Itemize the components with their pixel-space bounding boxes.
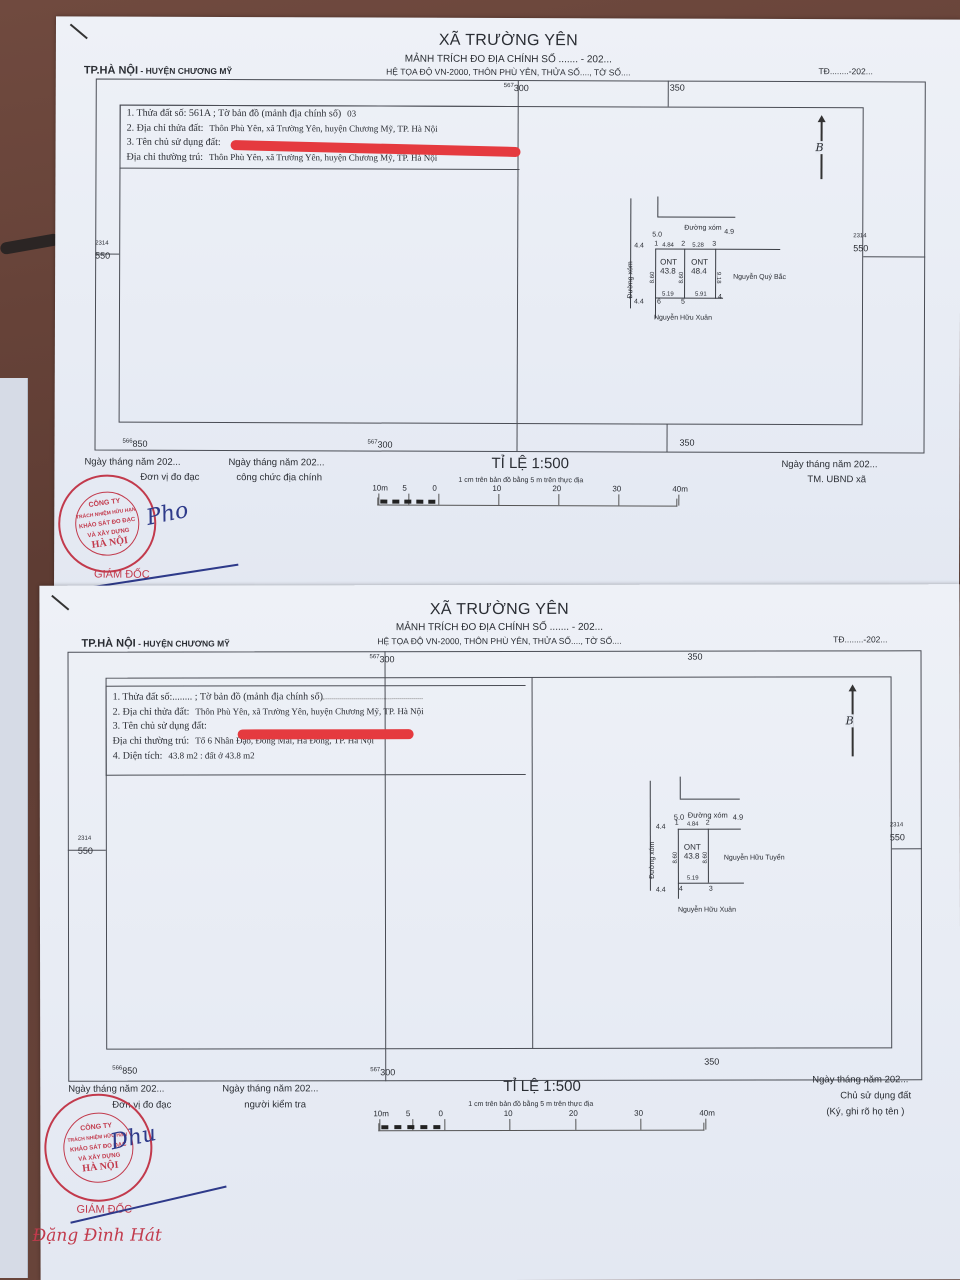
province-header: TP.HÀ NỘI - HUYỆN CHƯƠNG MỸ [81, 637, 229, 649]
committee-date: Ngày tháng năm 202... [781, 459, 877, 470]
grid-label-bottom-350: 350 [680, 438, 695, 448]
info-parcel-address: 2. Địa chỉ thửa đất:Thôn Phù Yên, xã Trư… [107, 704, 526, 720]
land-survey-sheet-2: XÃ TRƯỜNG YÊN MẢNH TRÍCH ĐO ĐỊA CHÍNH SỐ… [39, 584, 960, 1280]
grid-line-550-right [863, 256, 925, 257]
surveyor-date: Ngày tháng năm 202... [84, 457, 180, 468]
underlying-paper [0, 378, 28, 1278]
parcel-diagram: Đường xóm 5.0 4.9 4.4 4.4 1 2 3 4 5 6 4.… [600, 190, 800, 331]
scale-note: 1 cm trên bản đồ bằng 5 m trên thực địa [458, 477, 583, 484]
director-name: Đặng Đình Hát [33, 1226, 162, 1246]
scale-bar [378, 1123, 704, 1132]
grid-label-top-350: 350 [670, 83, 685, 93]
grid-label-bottom-850: 566850 [112, 1066, 137, 1076]
official-role: công chức địa chính [236, 472, 322, 483]
scale-title: TỈ LỆ 1:500 [491, 455, 569, 472]
surveyor-role: Đơn vị đo đạc [140, 472, 199, 483]
grid-label-right-550: 2314550 [853, 233, 868, 253]
scale-note: 1 cm trên bản đồ bằng 5 m trên thực địa [468, 1101, 593, 1108]
grid-label-top-300: 567300 [504, 83, 529, 93]
inspector-date: Ngày tháng năm 202... [222, 1083, 318, 1094]
td-label: TĐ........-202... [833, 634, 887, 644]
commune-title: XÃ TRƯỜNG YÊN [39, 600, 959, 620]
info-parcel-number: 1. Thửa đất số: 561A ; Tờ bản đồ (mảnh đ… [121, 106, 520, 122]
commune-title: XÃ TRƯỜNG YÊN [56, 30, 960, 51]
grid-line-550-right [892, 848, 922, 849]
scale-bar [377, 498, 677, 507]
grid-label-top-350: 350 [688, 652, 703, 662]
grid-label-bottom-350: 350 [704, 1057, 719, 1067]
grid-label-bottom-850: 566850 [123, 439, 148, 449]
parcel-diagram: 5.0 Đường xóm 4.9 4.4 4.4 1 2 3 4 4.84 5… [630, 772, 830, 922]
parcel-info-box: 1. Thửa đất số: 561A ; Tờ bản đồ (mảnh đ… [119, 105, 519, 170]
info-parcel-address: 2. Địa chỉ thửa đất:Thôn Phù Yên, xã Trư… [121, 121, 520, 137]
grid-label-bottom-300: 567300 [368, 440, 393, 450]
info-area: 4. Diện tích:43.8 m2 : đất ở 43.8 m2 [107, 748, 526, 764]
land-survey-sheet-1: XÃ TRƯỜNG YÊN MẢNH TRÍCH ĐO ĐỊA CHÍNH SỐ… [54, 16, 960, 599]
grid-label-left-550: 2314550 [95, 241, 110, 261]
company-stamp: CÔNG TY TRÁCH NHIỆM HỮU HẠN KHẢO SÁT ĐO … [52, 468, 162, 578]
north-label: B [816, 141, 824, 154]
north-label: B [846, 714, 854, 727]
inspector-role: người kiểm tra [244, 1099, 306, 1110]
redaction-mark [238, 729, 414, 739]
info-parcel-number: 1. Thửa đất số:........ ; Tờ bản đồ (mản… [107, 686, 526, 705]
province-header: TP.HÀ NỘI - HUYỆN CHƯƠNG MỸ [84, 65, 232, 78]
grid-label-bottom-300: 567300 [370, 1067, 395, 1077]
extract-title: MẢNH TRÍCH ĐO ĐỊA CHÍNH SỐ ....... - 202… [39, 621, 959, 634]
official-date: Ngày tháng năm 202... [228, 457, 324, 468]
owner-sign-note: (Ký, ghi rõ họ tên ) [826, 1106, 904, 1117]
grid-line-350 [668, 81, 669, 107]
td-label: TĐ........-202... [818, 66, 872, 76]
owner-date: Ngày tháng năm 202... [812, 1074, 908, 1085]
owner-role: Chủ sử dụng đất [840, 1090, 911, 1101]
surveyor-date: Ngày tháng năm 202... [68, 1084, 164, 1095]
committee-role: TM. UBND xã [807, 474, 866, 485]
scale-title: TỈ LỆ 1:500 [503, 1078, 581, 1095]
grid-line-350-bottom [666, 425, 667, 453]
grid-label-right-550: 2314550 [890, 822, 905, 842]
grid-label-left-550: 2314550 [78, 836, 93, 856]
grid-label-top-300: 567300 [370, 654, 395, 664]
